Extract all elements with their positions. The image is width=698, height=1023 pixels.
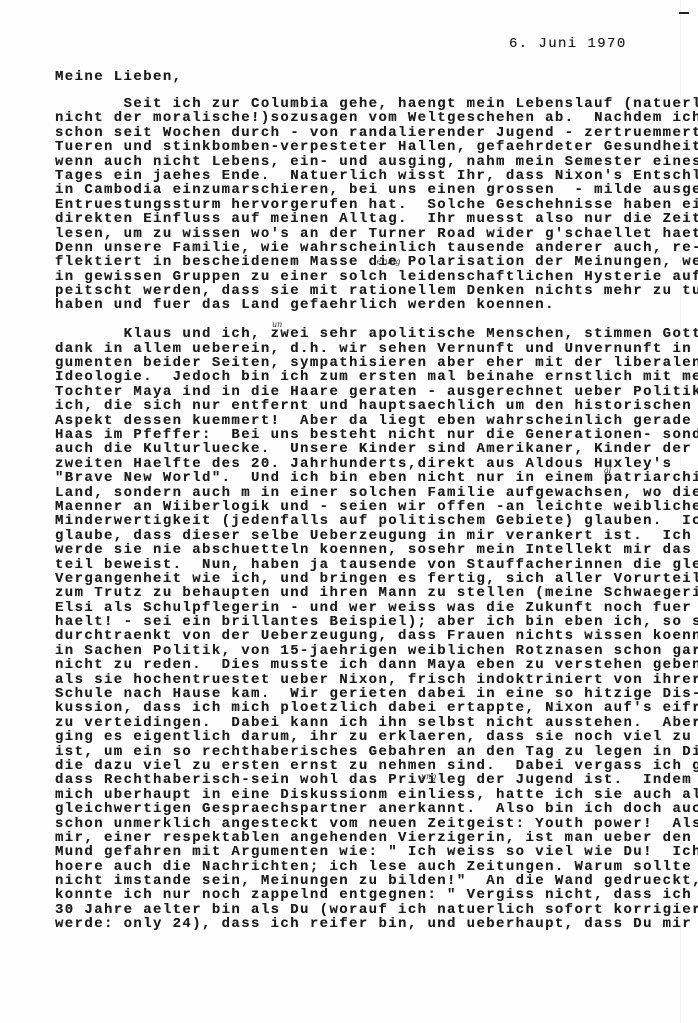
letter-line: auch die Kulturluecke. Unsere Kinder sin… xyxy=(55,442,698,456)
letter-line: ging es eigentlich darum, ihr zu erklaer… xyxy=(55,730,698,744)
letter-line: dank in allem ueberein, d.h. wir sehen V… xyxy=(55,342,698,356)
handwritten-annotation: ierung xyxy=(374,257,401,266)
letter-line: direkten Einfluss auf meinen Alltag. Ihr… xyxy=(55,212,698,226)
letter-line: Minderwertigkeit (jedenfalls auf politis… xyxy=(55,514,698,528)
letter-line: zweiten Haelfte des 20. Jahrhunderts,dir… xyxy=(55,457,698,471)
letter-line: werde sie nie abschuetteln koennen, sose… xyxy=(55,543,698,557)
letter-line: nicht zu reden. Dies musste ich dann May… xyxy=(55,658,698,672)
letter-line: dass Rechthaberisch-sein wohl das Privil… xyxy=(55,773,698,787)
letter-line: Elsi als Schulpflegerin - und wer weiss … xyxy=(55,601,698,615)
letter-line: als sie hochentruestet ueber Nixon, fris… xyxy=(55,673,698,687)
letter-line: durchtraenkt von der Ueberzeugung, dass … xyxy=(55,629,698,643)
letter-line: Ideologie. Jedoch bin ich zum ersten mal… xyxy=(55,370,698,384)
letter-line: "Brave New World". Und ich bin eben nich… xyxy=(55,471,698,485)
handwritten-annotation: un xyxy=(272,320,282,329)
letter-body: Seit ich zur Columbia gehe, haengt mein … xyxy=(55,97,698,932)
letter-line: schon unmerklich angesteckt vom neuen Ze… xyxy=(55,817,698,831)
letter-line: Tueren und stinkbomben-verpesteter Halle… xyxy=(55,140,698,154)
letter-line: konnte ich nur noch zappelnd entgegnen: … xyxy=(55,888,698,902)
letter-line: hoere auch die Nachrichten; ich lese auc… xyxy=(55,860,698,874)
handwritten-annotation: ung xyxy=(421,772,436,781)
letter-line: in Cambodia einzumarschieren, bei uns ei… xyxy=(55,183,698,197)
letter-line: Entruestungssturm hervorgerufen hat. Sol… xyxy=(55,198,698,212)
letter-line: glaube, dass dieser selbe Ueberzeugung i… xyxy=(55,529,698,543)
page-edge-mark xyxy=(679,12,689,14)
letter-salutation: Meine Lieben, xyxy=(55,70,182,84)
letter-line: nicht der moralische!)sozusagen vom Welt… xyxy=(55,111,698,125)
letter-page: 6. Juni 1970 Meine Lieben, Seit ich zur … xyxy=(0,0,681,1023)
letter-line: gleichwertigen Gespraechspartner anerkan… xyxy=(55,802,698,816)
letter-line: kussion, dass ich mich ploetzlich dabei … xyxy=(55,701,698,715)
letter-line: mich uberhaupt in eine Diskussionm einli… xyxy=(55,788,698,802)
letter-line: ist, um ein so rechthaberisches Gebahren… xyxy=(55,745,698,759)
letter-date: 6. Juni 1970 xyxy=(509,37,627,51)
letter-line: wenn auch nicht Lebens, ein- und ausging… xyxy=(55,155,698,169)
letter-line: teil beweist. Nun, haben ja tausende von… xyxy=(55,558,698,572)
letter-line: in gewissen Gruppen zu einer solch leide… xyxy=(55,270,698,284)
letter-line: Aspekt dessen kuemmert! Aber da liegt eb… xyxy=(55,414,698,428)
letter-line: zum Trutz zu behaupten und ihren Mann zu… xyxy=(55,586,698,600)
letter-line: Land, sondern auch m in einer solchen Fa… xyxy=(55,486,698,500)
letter-line: werde: only 24), dass ich reifer bin, un… xyxy=(55,917,698,931)
letter-line: Klaus und ich, zwei sehr apolitische Men… xyxy=(55,327,698,341)
letter-line: ich, die sich nur entfernt und hauptsaec… xyxy=(55,399,698,413)
handwritten-annotation: al xyxy=(604,466,611,475)
letter-line: haben und fuer das Land gefaehrlich werd… xyxy=(55,298,698,312)
letter-line: lesen, um zu wissen wo's an der Turner R… xyxy=(55,227,698,241)
letter-line: schon seit Wochen durch - von randaliere… xyxy=(55,126,698,140)
letter-line: Mund gefahren mit Argumenten wie: " Ich … xyxy=(55,845,698,859)
